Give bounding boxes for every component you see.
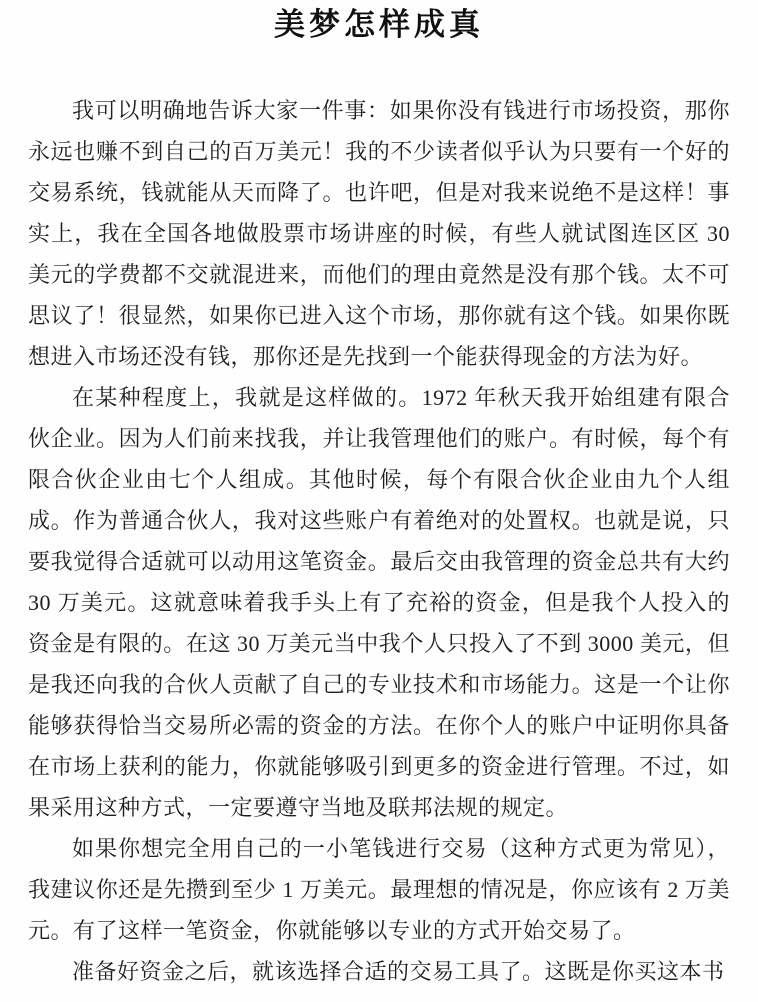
paragraph-2: 在某种程度上，我就是这样做的。1972 年秋天我开始组建有限合伙企业。因为人们前… — [28, 377, 730, 828]
chapter-title: 美梦怎样成真 — [0, 0, 758, 44]
paragraph-4: 准备好资金之后，就该选择合适的交易工具了。这既是你买这本书 — [28, 951, 730, 992]
paragraph-1: 我可以明确地告诉大家一件事：如果你没有钱进行市场投资，那你永远也赚不到自己的百万… — [28, 90, 730, 377]
paragraph-3: 如果你想完全用自己的一小笔钱进行交易（这种方式更为常见），我建议你还是先攒到至少… — [28, 828, 730, 951]
body-text: 我可以明确地告诉大家一件事：如果你没有钱进行市场投资，那你永远也赚不到自己的百万… — [28, 90, 730, 992]
book-page: 美梦怎样成真 我可以明确地告诉大家一件事：如果你没有钱进行市场投资，那你永远也赚… — [0, 0, 758, 1002]
